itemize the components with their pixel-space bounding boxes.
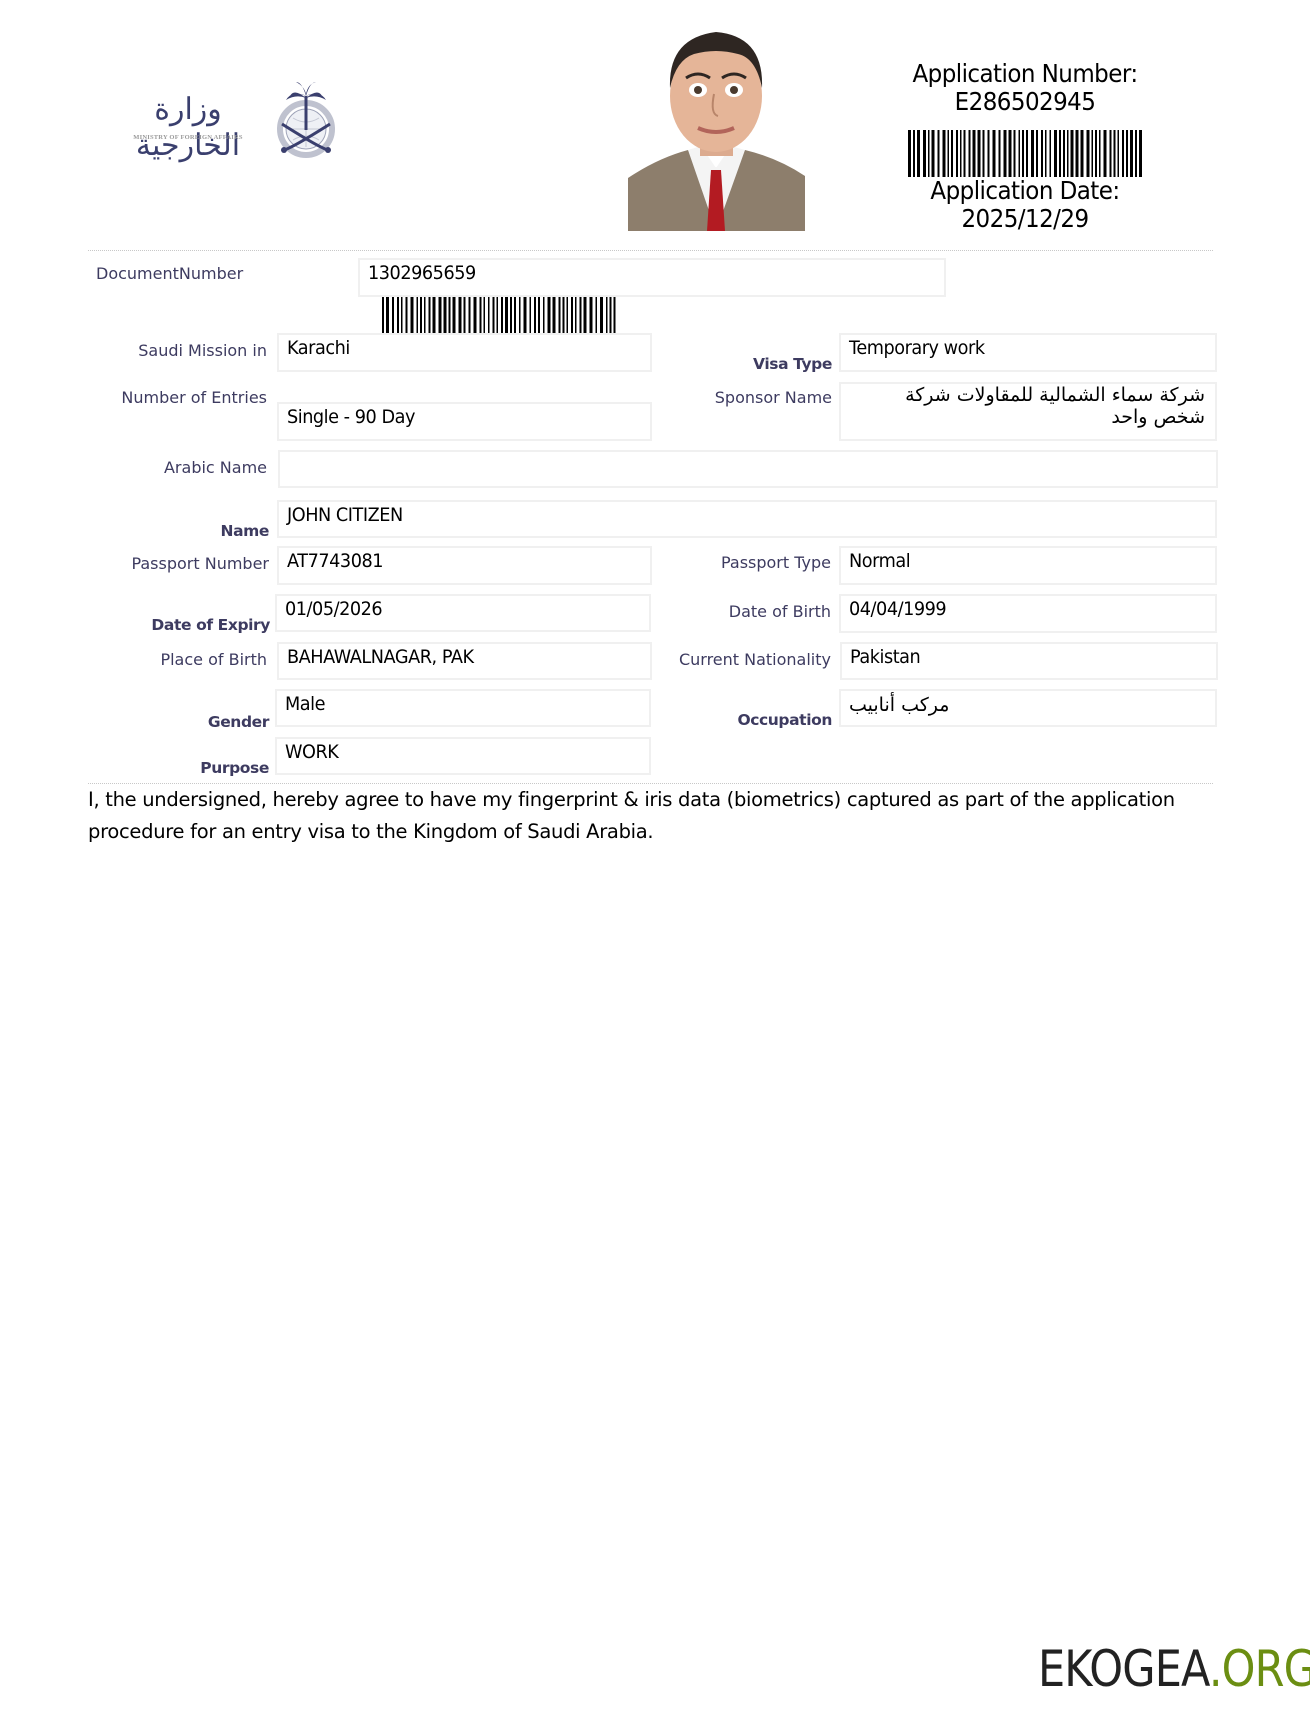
date-of-expiry-field: 01/05/2026 — [275, 594, 651, 632]
name-label: Name — [221, 522, 270, 540]
name-field: JOHN CITIZEN — [277, 500, 1217, 538]
document-number-label: DocumentNumber — [96, 264, 243, 283]
visa-type-label: Visa Type — [753, 355, 832, 373]
saudi-mission-value: Karachi — [287, 337, 350, 359]
current-nationality-label: Current Nationality — [679, 650, 831, 669]
applicant-photo — [628, 18, 805, 231]
passport-type-value: Normal — [849, 550, 910, 572]
application-barcode — [908, 130, 1146, 177]
brand-name: EKOGEA — [1038, 1640, 1209, 1698]
visa-type-field: Temporary work — [839, 333, 1217, 372]
number-of-entries-label: Number of Entries — [121, 388, 267, 407]
ministry-logo: وزارة الخارجية MINISTRY OF FOREIGN AFFAI… — [118, 74, 350, 170]
number-of-entries-field: Single - 90 Day — [277, 402, 652, 441]
gender-value: Male — [285, 693, 325, 715]
header-divider — [88, 250, 1213, 251]
document-barcode — [382, 297, 618, 333]
passport-number-value: AT7743081 — [287, 550, 383, 572]
ministry-english-name: MINISTRY OF FOREIGN AFFAIRS — [118, 134, 258, 141]
purpose-field: WORK — [275, 737, 651, 775]
visa-type-value: Temporary work — [849, 337, 985, 359]
current-nationality-value: Pakistan — [850, 646, 920, 668]
portrait-image — [628, 18, 805, 231]
saudi-emblem-icon — [266, 74, 346, 162]
document-number-value: 1302965659 — [368, 262, 476, 284]
date-of-birth-label: Date of Birth — [729, 602, 831, 621]
name-value: JOHN CITIZEN — [287, 504, 403, 526]
passport-type-field: Normal — [839, 546, 1217, 585]
passport-type-label: Passport Type — [721, 553, 831, 572]
arabic-name-label: Arabic Name — [164, 458, 267, 477]
date-of-expiry-value: 01/05/2026 — [285, 598, 382, 620]
number-of-entries-value: Single - 90 Day — [287, 406, 415, 428]
date-of-birth-field: 04/04/1999 — [839, 594, 1217, 633]
document-number-field: 1302965659 — [358, 258, 946, 297]
current-nationality-field: Pakistan — [840, 642, 1218, 680]
watermark-brand: EKOGEA.ORG — [1038, 1640, 1310, 1698]
gender-field: Male — [275, 689, 651, 727]
sponsor-name-field: شركة سماء الشمالية للمقاولات شركة شخص وا… — [839, 382, 1217, 441]
purpose-label: Purpose — [200, 759, 269, 777]
passport-number-field: AT7743081 — [277, 546, 652, 585]
application-info: Application Number: E286502945 Applicati… — [880, 60, 1170, 116]
date-of-expiry-label: Date of Expiry — [151, 616, 270, 634]
purpose-value: WORK — [285, 741, 338, 763]
application-date-label: Application Date: — [892, 177, 1159, 205]
ministry-arabic-name: وزارة الخارجية — [118, 92, 258, 164]
place-of-birth-label: Place of Birth — [160, 650, 267, 669]
occupation-value: مركب أنابيب — [849, 694, 949, 716]
gender-label: Gender — [208, 713, 269, 731]
date-of-birth-value: 04/04/1999 — [849, 598, 946, 620]
passport-number-label: Passport Number — [131, 554, 269, 573]
occupation-field: مركب أنابيب — [839, 689, 1217, 727]
place-of-birth-field: BAHAWALNAGAR, PAK — [277, 642, 652, 680]
application-number: E286502945 — [892, 88, 1159, 116]
arabic-name-field — [278, 450, 1218, 488]
brand-tld: .ORG — [1209, 1640, 1310, 1698]
place-of-birth-value: BAHAWALNAGAR, PAK — [287, 646, 474, 668]
biometrics-disclaimer: I, the undersigned, hereby agree to have… — [88, 784, 1238, 848]
saudi-mission-label: Saudi Mission in — [138, 341, 267, 360]
application-date: 2025/12/29 — [892, 205, 1159, 233]
sponsor-name-label: Sponsor Name — [715, 388, 832, 407]
occupation-label: Occupation — [737, 711, 832, 729]
sponsor-name-value: شركة سماء الشمالية للمقاولات شركة شخص وا… — [865, 384, 1205, 428]
saudi-mission-field: Karachi — [277, 333, 652, 372]
application-number-label: Application Number: — [892, 60, 1159, 88]
